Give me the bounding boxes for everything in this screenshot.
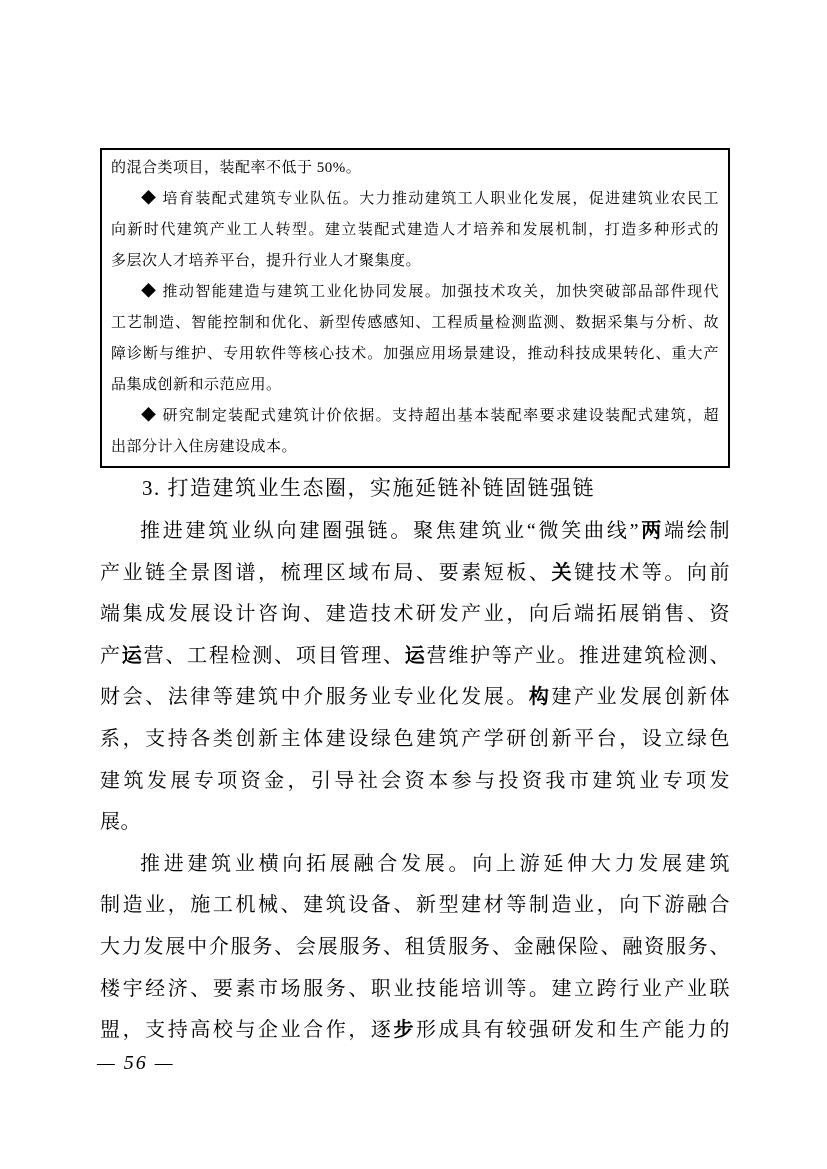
text-segment: 产业链全景图谱，梳理区域布局、要素短板、 (100, 562, 551, 584)
text-line: 向新时代建筑产业工人转型。建立装配式建造人才培养和发展机制，打造多种形式的 (111, 215, 719, 246)
text-line: 推进建筑业纵向建圈强链。聚焦建筑业“微笑曲线”两端绘制 (100, 511, 730, 553)
text-line: ◆ 培育装配式建筑专业队伍。大力推动建筑工人职业化发展，促进建筑业农民工 (111, 184, 719, 215)
text-line: 系，支持各类创新主体建设绿色建筑产学研创新平台，设立绿色 (100, 719, 730, 761)
text-line: 展。 (100, 802, 730, 844)
text-segment: ◆ 研究制定装配式建筑计价依据。支持超出基本装配率要求建设装配式建筑，超 (141, 408, 719, 424)
text-segment: 端集成发展设计咨询、建造技术研发产业，向后端拓展销售、资 (100, 603, 730, 625)
text-segment: 产 (100, 645, 122, 667)
text-segment: 推进建筑业横向拓展融合发展。向上游延伸大力发展建筑 (140, 853, 730, 875)
text-segment: 营、工程检测、项目管理、 (144, 645, 405, 667)
text-line: 品集成创新和示范应用。 (111, 370, 719, 401)
text-segment: 展。 (100, 811, 141, 833)
text-line: 建筑发展专项资金，引导社会资本参与投资我市建筑业专项发 (100, 761, 730, 803)
text-segment: 大力发展中介服务、会展服务、租赁服务、金融保险、融资服务、 (100, 936, 730, 958)
text-segment: 建产业发展创新体 (552, 686, 731, 708)
text-segment: 品集成创新和示范应用。 (111, 377, 282, 393)
text-segment: 盟，支持高校与企业合作，逐 (100, 1019, 393, 1041)
text-segment: 财会、法律等建筑中介服务业专业化发展。 (100, 686, 529, 708)
text-line: 推进建筑业横向拓展融合发展。向上游延伸大力发展建筑 (100, 844, 730, 886)
text-line: ◆ 研究制定装配式建筑计价依据。支持超出基本装配率要求建设装配式建筑，超 (111, 401, 719, 432)
text-segment: ◆ 推动智能建造与建筑工业化协同发展。加强技术攻关，加快突破部品部件现代 (141, 284, 719, 300)
document-page: 的混合类项目，装配率不低于 50%。◆ 培育装配式建筑专业队伍。大力推动建筑工人… (0, 0, 827, 1169)
text-segment: 楼宇经济、要素市场服务、职业技能培训等。建立跨行业产业联 (100, 978, 730, 1000)
text-segment: 向新时代建筑产业工人转型。建立装配式建造人才培养和发展机制，打造多种形式的 (111, 222, 719, 238)
section-heading: 3. 打造建筑业生态圈，实施延链补链固链强链 (100, 470, 730, 506)
text-line: 障诊断与维护、专用软件等核心技术。加强应用场景建设，推动科技成果转化、重大产 (111, 339, 719, 370)
boxed-note: 的混合类项目，装配率不低于 50%。◆ 培育装配式建筑专业队伍。大力推动建筑工人… (100, 148, 730, 468)
body-paragraphs: 推进建筑业纵向建圈强链。聚焦建筑业“微笑曲线”两端绘制产业链全景图谱，梳理区域布… (100, 511, 730, 1052)
text-segment: 形成具有较强研发和生产能力的 (416, 1019, 730, 1041)
text-line: ◆ 推动智能建造与建筑工业化协同发展。加强技术攻关，加快突破部品部件现代 (111, 277, 719, 308)
emphasized-text: 步 (393, 1019, 416, 1041)
text-line: 产运营、工程检测、项目管理、运营维护等产业。推进建筑检测、 (100, 636, 730, 678)
text-line: 大力发展中介服务、会展服务、租赁服务、金融保险、融资服务、 (100, 927, 730, 969)
text-line: 盟，支持高校与企业合作，逐步形成具有较强研发和生产能力的 (100, 1010, 730, 1052)
text-line: 端集成发展设计咨询、建造技术研发产业，向后端拓展销售、资 (100, 594, 730, 636)
text-segment: 键技术等。向前 (574, 562, 730, 584)
emphasized-text: 两 (639, 520, 664, 542)
text-line: 的混合类项目，装配率不低于 50%。 (111, 153, 719, 184)
text-segment: 多层次人才培养平台，提升行业人才聚集度。 (111, 253, 421, 269)
text-line: 产业链全景图谱，梳理区域布局、要素短板、关键技术等。向前 (100, 553, 730, 595)
text-line: 出部分计入住房建设成本。 (111, 432, 719, 463)
text-segment: 的混合类项目，装配率不低于 50%。 (111, 160, 361, 176)
page-number: — 56 — (97, 1052, 175, 1075)
text-line: 多层次人才培养平台，提升行业人才聚集度。 (111, 246, 719, 277)
text-segment: 推进建筑业纵向建圈强链。聚焦建筑业“微笑曲线” (140, 520, 639, 542)
text-segment: 营维护等产业。推进建筑检测、 (427, 645, 730, 667)
text-segment: 出部分计入住房建设成本。 (111, 439, 297, 455)
text-segment: 建筑发展专项资金，引导社会资本参与投资我市建筑业专项发 (100, 770, 730, 792)
text-segment: 端绘制 (664, 520, 730, 542)
text-segment: 制造业，施工机械、建筑设备、新型建材等制造业，向下游融合 (100, 894, 730, 916)
text-segment: 障诊断与维护、专用软件等核心技术。加强应用场景建设，推动科技成果转化、重大产 (111, 346, 719, 362)
emphasized-text: 构 (529, 686, 552, 708)
text-line: 财会、法律等建筑中介服务业专业化发展。构建产业发展创新体 (100, 677, 730, 719)
text-line: 楼宇经济、要素市场服务、职业技能培训等。建立跨行业产业联 (100, 969, 730, 1011)
text-line: 制造业，施工机械、建筑设备、新型建材等制造业，向下游融合 (100, 885, 730, 927)
emphasized-text: 关 (551, 562, 574, 584)
emphasized-text: 运 (122, 645, 144, 667)
text-line: 工艺制造、智能控制和优化、新型传感感知、工程质量检测监测、数据采集与分析、故 (111, 308, 719, 339)
emphasized-text: 运 (405, 645, 427, 667)
text-segment: ◆ 培育装配式建筑专业队伍。大力推动建筑工人职业化发展，促进建筑业农民工 (141, 191, 719, 207)
text-segment: 系，支持各类创新主体建设绿色建筑产学研创新平台，设立绿色 (100, 728, 730, 750)
text-segment: 工艺制造、智能控制和优化、新型传感感知、工程质量检测监测、数据采集与分析、故 (111, 315, 719, 331)
